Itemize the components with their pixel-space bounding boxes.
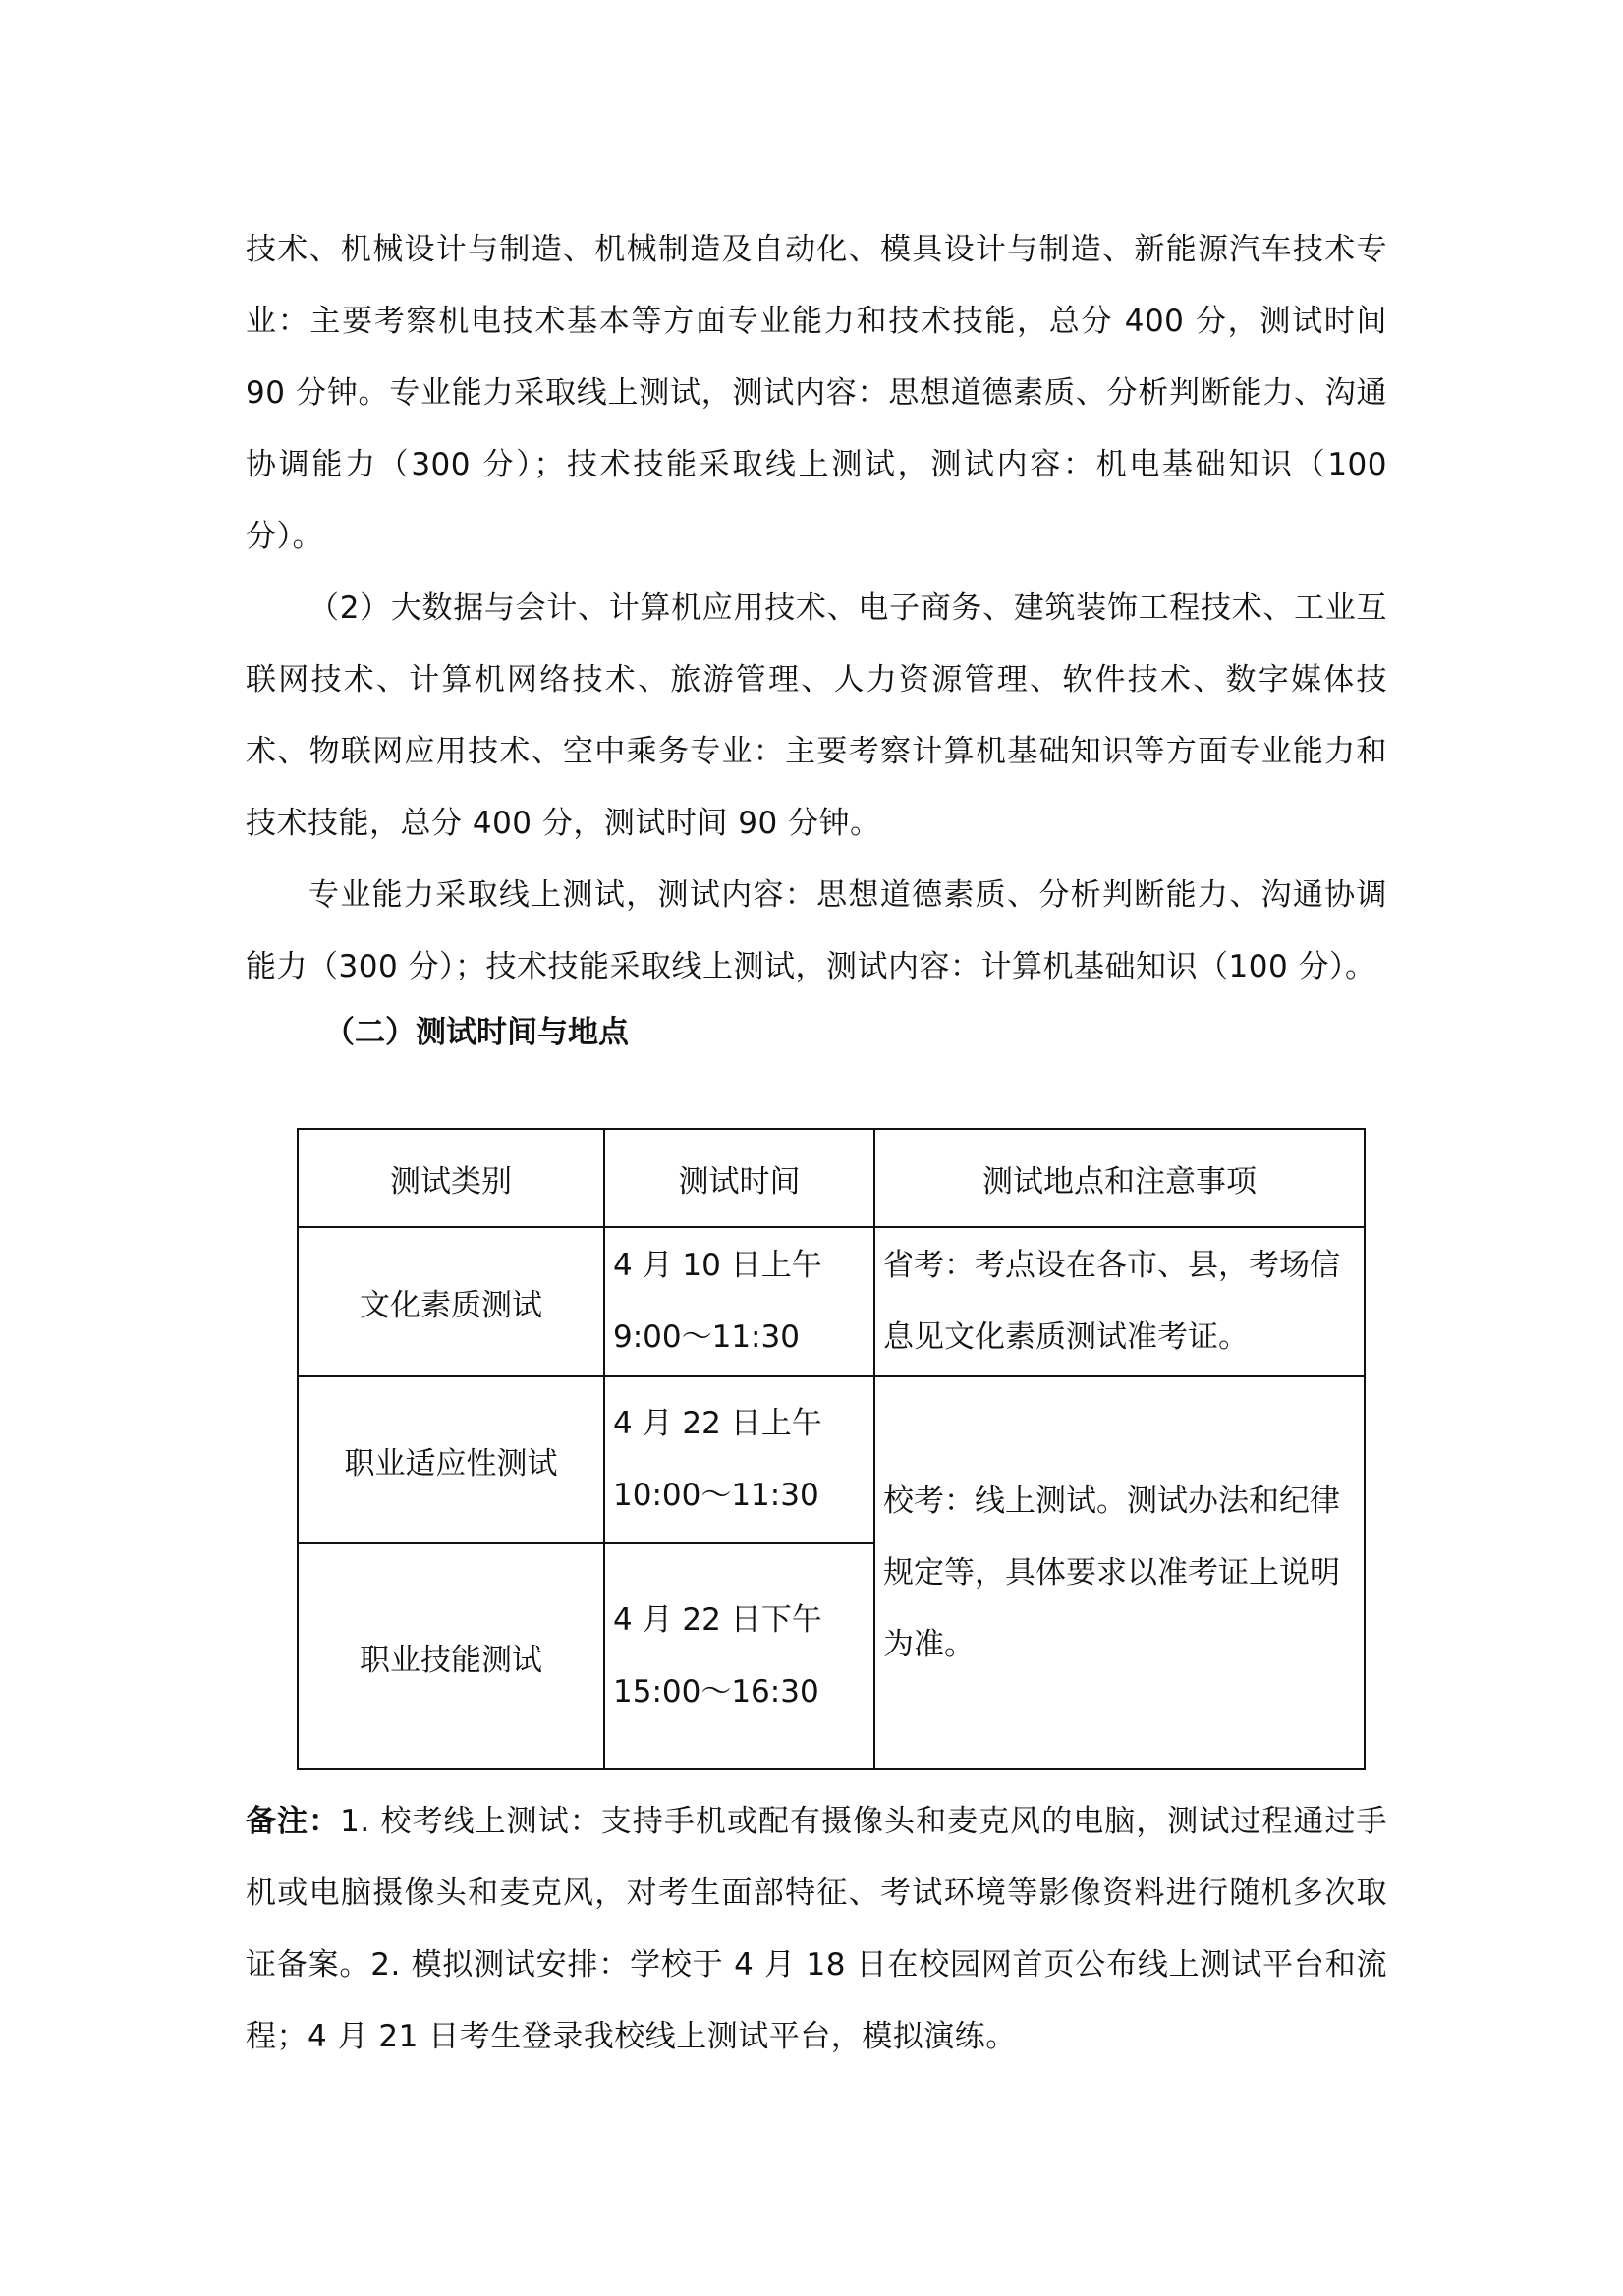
time-range: 10:00～11:30 <box>613 1460 872 1532</box>
header-location-notes: 测试地点和注意事项 <box>874 1129 1365 1227</box>
cell-time: 4 月 22 日下午 15:00～16:30 <box>604 1543 874 1769</box>
time-date: 4 月 22 日下午 <box>613 1585 872 1656</box>
table-row: 文化素质测试 4 月 10 日上午 9:00～11:30 省考：考点设在各市、县… <box>298 1227 1365 1376</box>
cell-notes: 校考：线上测试。测试办法和纪律规定等，具体要求以准考证上说明为准。 <box>874 1376 1365 1769</box>
table-row: 职业适应性测试 4 月 22 日上午 10:00～11:30 校考：线上测试。测… <box>298 1376 1365 1543</box>
cell-notes: 省考：考点设在各市、县，考场信息见文化素质测试准考证。 <box>874 1227 1365 1376</box>
paragraph-test-content: 专业能力采取线上测试，测试内容：思想道德素质、分析判断能力、沟通协调能力（300… <box>246 860 1387 1003</box>
paragraph-computer-majors: （2）大数据与会计、计算机应用技术、电子商务、建筑装饰工程技术、工业互联网技术、… <box>246 573 1387 860</box>
time-date: 4 月 10 日上午 <box>613 1230 872 1302</box>
cell-category: 文化素质测试 <box>298 1227 604 1376</box>
remarks: 备注：1. 校考线上测试：支持手机或配有摄像头和麦克风的电脑，测试过程通过手机或… <box>246 1786 1387 2073</box>
cell-category: 职业适应性测试 <box>298 1376 604 1543</box>
header-category: 测试类别 <box>298 1129 604 1227</box>
time-date: 4 月 22 日上午 <box>613 1388 872 1460</box>
table-header-row: 测试类别 测试时间 测试地点和注意事项 <box>298 1129 1365 1227</box>
remarks-label: 备注： <box>246 1804 340 1839</box>
cell-time: 4 月 10 日上午 9:00～11:30 <box>604 1227 874 1376</box>
time-range: 9:00～11:30 <box>613 1302 872 1373</box>
document-body: 技术、机械设计与制造、机械制造及自动化、模具设计与制造、新能源汽车技术专业：主要… <box>246 214 1387 1062</box>
time-range: 15:00～16:30 <box>613 1656 872 1728</box>
schedule-table: 测试类别 测试时间 测试地点和注意事项 文化素质测试 4 月 10 日上午 9:… <box>297 1128 1366 1770</box>
paragraph-mechatronics: 技术、机械设计与制造、机械制造及自动化、模具设计与制造、新能源汽车技术专业：主要… <box>246 214 1387 573</box>
remarks-text: 1. 校考线上测试：支持手机或配有摄像头和麦克风的电脑，测试过程通过手机或电脑摄… <box>246 1804 1387 2054</box>
cell-category: 职业技能测试 <box>298 1543 604 1769</box>
cell-time: 4 月 22 日上午 10:00～11:30 <box>604 1376 874 1543</box>
header-time: 测试时间 <box>604 1129 874 1227</box>
section-heading: （二）测试时间与地点 <box>324 1003 1387 1062</box>
